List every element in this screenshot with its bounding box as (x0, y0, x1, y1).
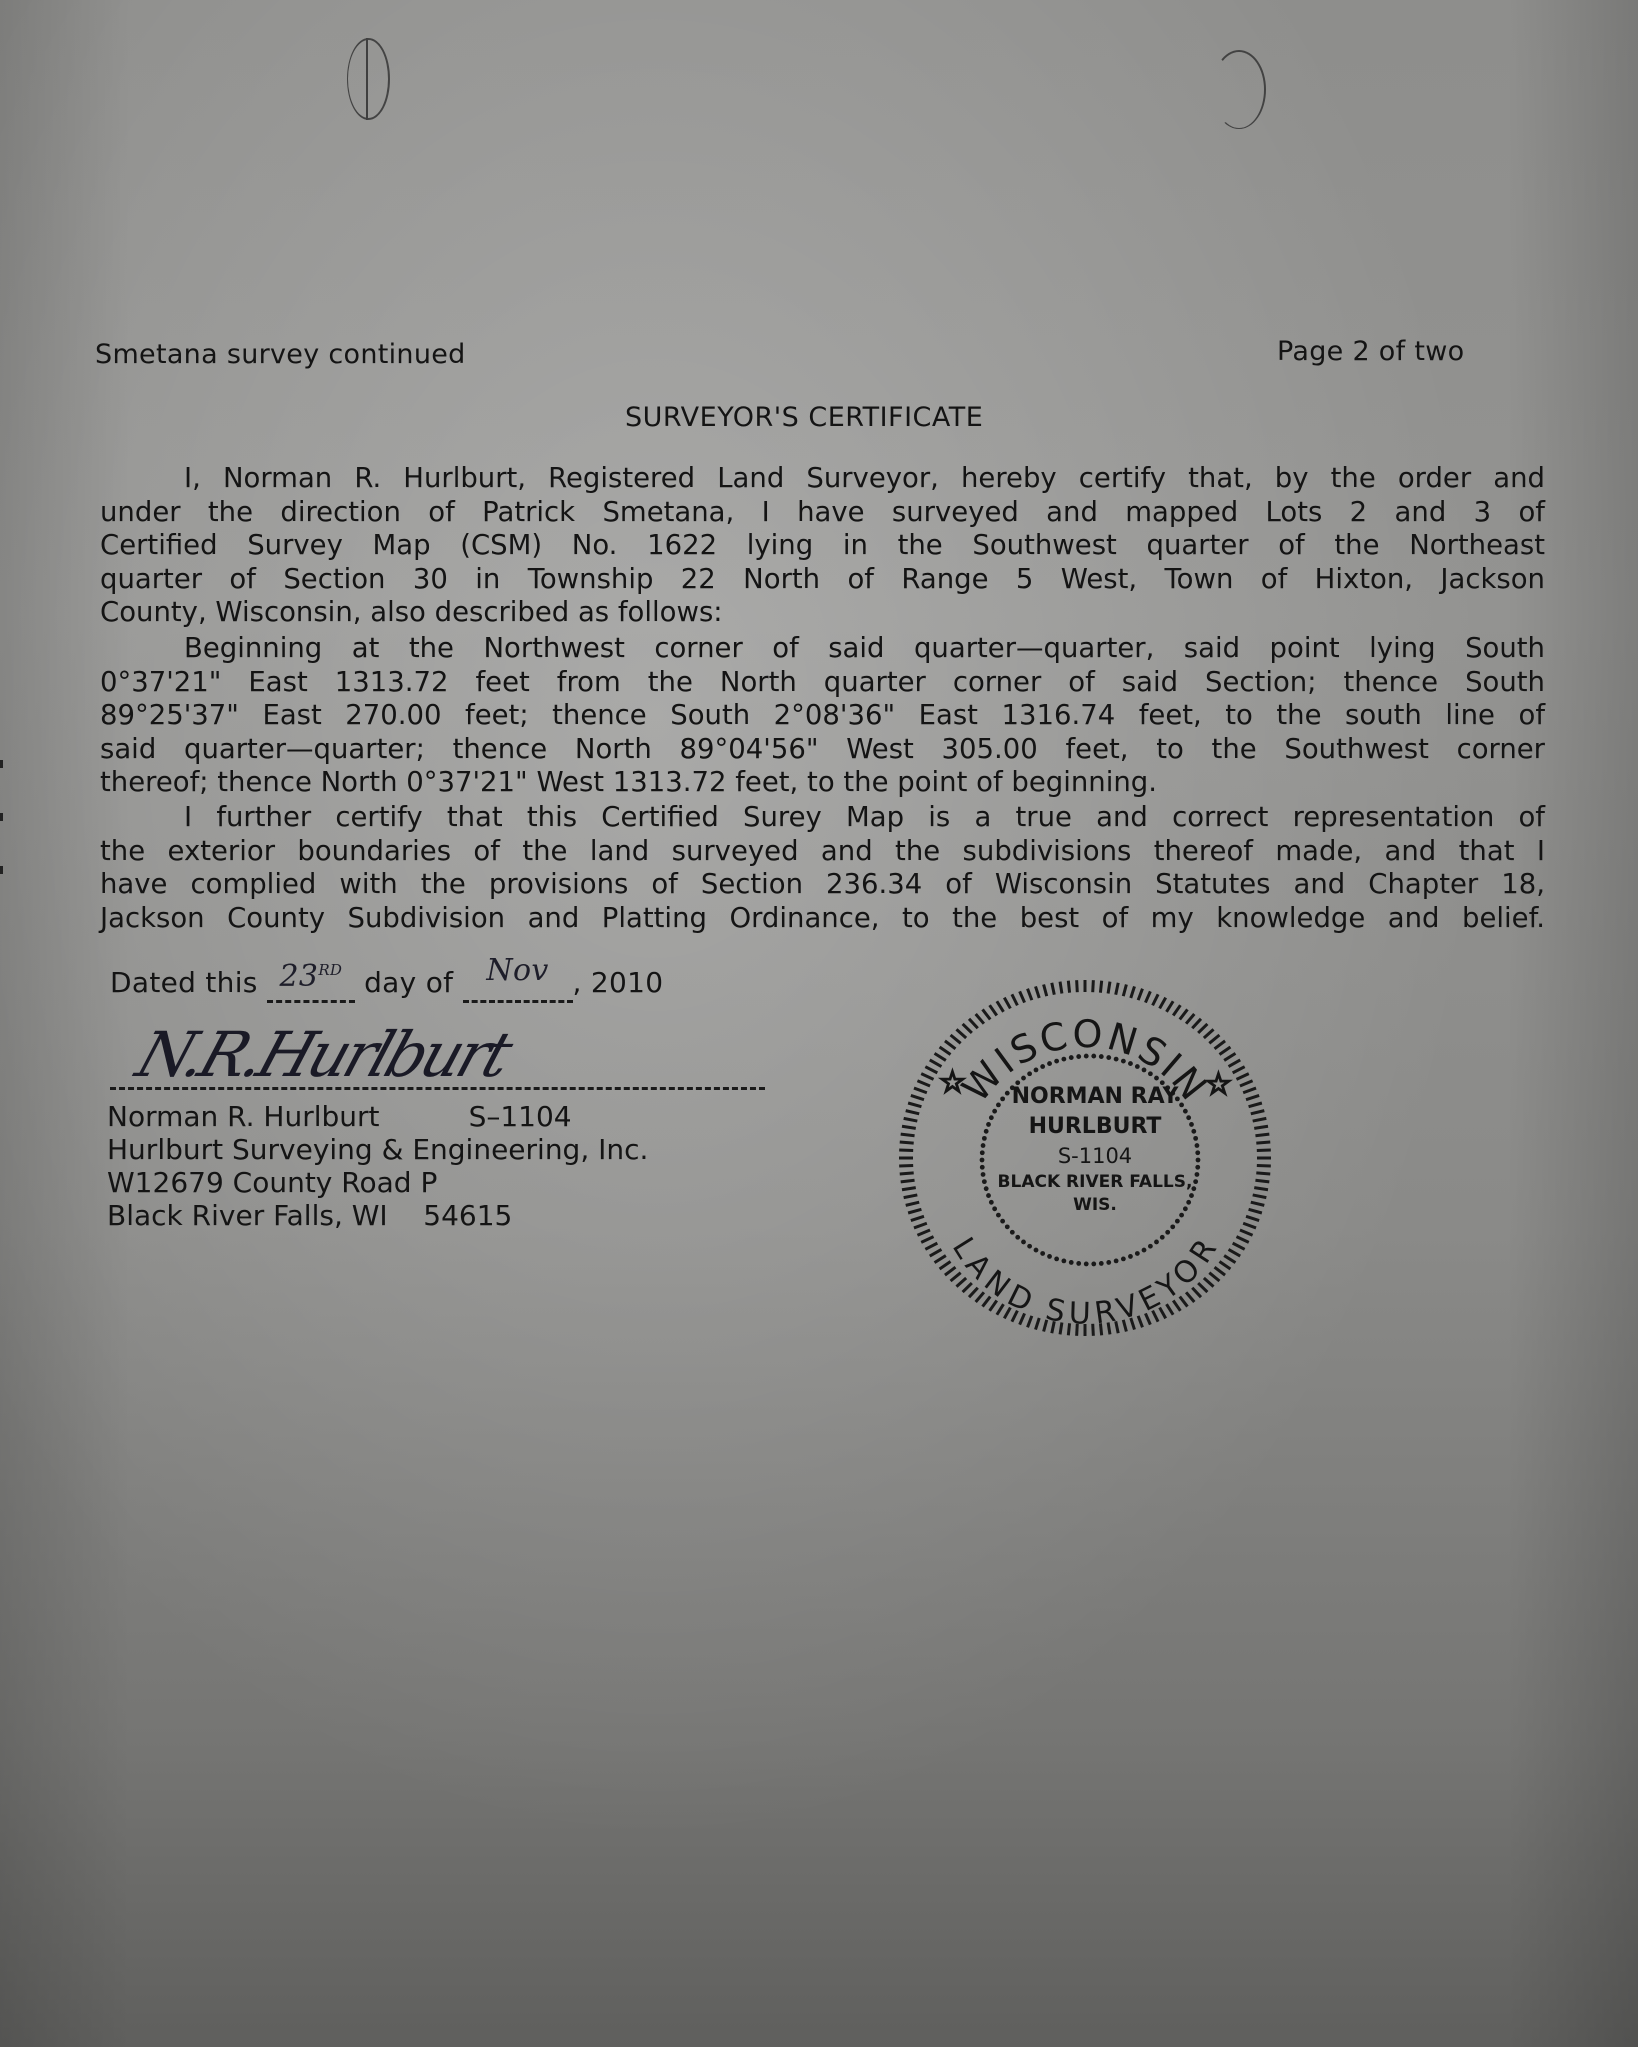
paragraph-line: Beginning at the Northwest corner of sai… (100, 632, 1545, 666)
header-left: Smetana survey continued (95, 338, 466, 372)
margin-marks (0, 760, 4, 940)
day-field: 23RD (267, 966, 355, 1003)
document-title: SURVEYOR'S CERTIFICATE (625, 401, 983, 435)
dated-year: , 2010 (573, 966, 664, 999)
surveyor-signature: N.R.Hurlburt (128, 1018, 518, 1091)
paragraph-line: the exterior boundaries of the land surv… (100, 835, 1545, 869)
seal-bottom-text: LAND SURVEYOR (945, 1231, 1225, 1331)
seal-line5: WIS. (1073, 1195, 1117, 1215)
surveyor-seal: WISCONSIN LAND SURVEYOR ☆ ☆ NORMAN RAY H… (895, 975, 1275, 1345)
signature-line (110, 1087, 765, 1090)
further-certification-paragraph: I further certify that this Certified Su… (100, 801, 1545, 935)
paragraph-line: Jackson County Subdivision and Platting … (100, 902, 1545, 936)
paragraph-line: Certified Survey Map (CSM) No. 1622 lyin… (100, 529, 1545, 563)
star-icon-right: ☆ (1205, 1067, 1232, 1102)
dated-prefix: Dated this (110, 966, 258, 999)
paragraph-line: said quarter—quarter; thence North 89°04… (100, 733, 1545, 767)
paragraph-line: quarter of Section 30 in Township 22 Nor… (100, 563, 1545, 597)
paragraph-line: thereof; thence North 0°37'21" West 1313… (100, 766, 1545, 800)
month-field: Nov (463, 966, 573, 1003)
surveyor-zip: 54615 (423, 1199, 512, 1232)
paragraph-line: I further certify that this Certified Su… (100, 801, 1545, 835)
seal-line3: S-1104 (1058, 1144, 1132, 1168)
paragraph-line: have complied with the provisions of Sec… (100, 868, 1545, 902)
punch-hole-right (1212, 50, 1266, 129)
date-line: Dated this 23RD day of Nov, 2010 (110, 966, 663, 1003)
legal-description-paragraph: Beginning at the Northwest corner of sai… (100, 632, 1545, 800)
handwritten-month: Nov (463, 954, 573, 988)
surveyor-license: S–1104 (469, 1100, 572, 1133)
surveyor-name: Norman R. Hurlburt (107, 1100, 380, 1133)
punch-hole-left (347, 38, 390, 120)
dated-middle: day of (364, 966, 453, 999)
surveyor-city: Black River Falls, WI (107, 1199, 388, 1232)
surveyor-company: Hurlburt Surveying & Engineering, Inc. (107, 1133, 648, 1166)
handwritten-day: 23RD (267, 954, 355, 994)
certification-paragraph: I, Norman R. Hurlburt, Registered Land S… (100, 462, 1545, 630)
seal-line2: HURLBURT (1029, 1114, 1162, 1139)
paragraph-line: 89°25'37" East 270.00 feet; thence South… (100, 699, 1545, 733)
page-number: Page 2 of two (1277, 335, 1464, 369)
paragraph-line: County, Wisconsin, also described as fol… (100, 596, 1545, 630)
paragraph-line: I, Norman R. Hurlburt, Registered Land S… (100, 462, 1545, 496)
paragraph-line: under the direction of Patrick Smetana, … (100, 496, 1545, 530)
surveyor-street: W12679 County Road P (107, 1166, 437, 1199)
paragraph-line: 0°37'21" East 1313.72 feet from the Nort… (100, 666, 1545, 700)
star-icon-left: ☆ (939, 1065, 966, 1100)
seal-line1: NORMAN RAY (1012, 1084, 1180, 1109)
surveyor-city-line: Black River Falls, WI 54615 (107, 1199, 512, 1232)
seal-line4: BLACK RIVER FALLS, (998, 1172, 1193, 1192)
surveyor-name-line: Norman R. Hurlburt S–1104 (107, 1100, 572, 1133)
